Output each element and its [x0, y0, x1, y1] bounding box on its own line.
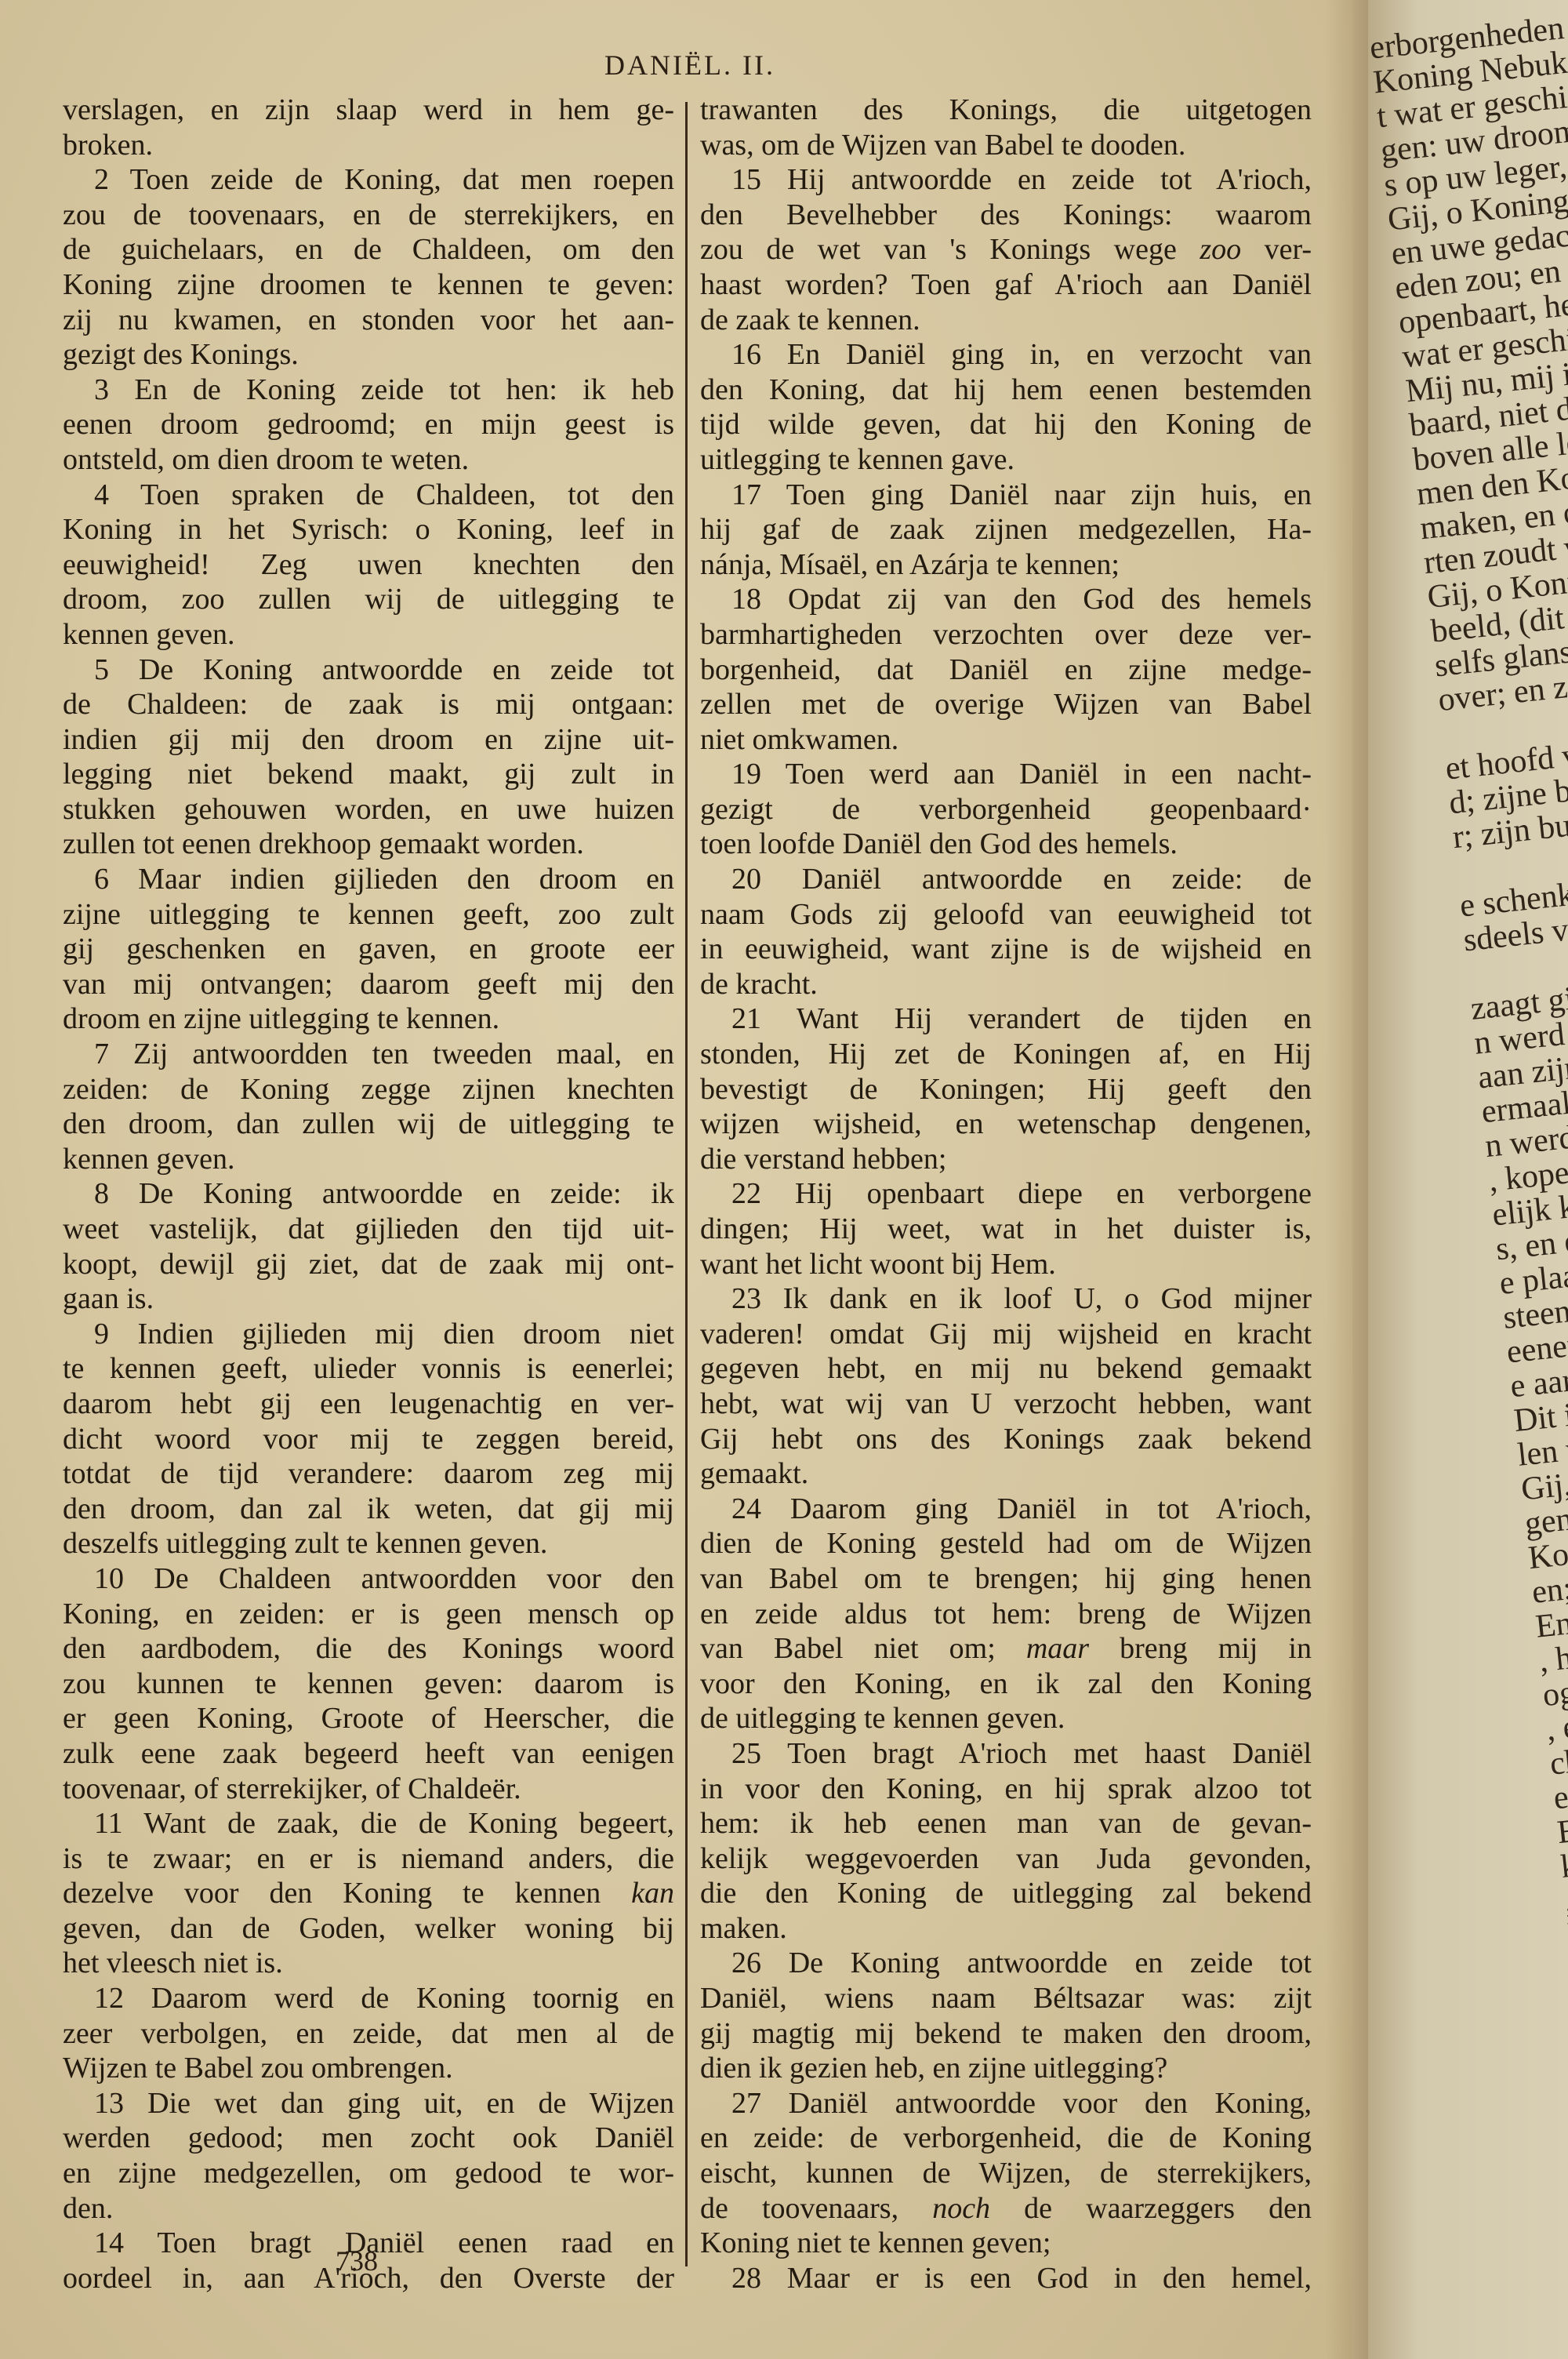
text-line: uitlegging te kennen gave.	[700, 442, 1312, 478]
text-line: de kracht.	[700, 967, 1312, 1002]
text-line: 26 De Koning antwoordde en zeide tot	[700, 1946, 1312, 1981]
text-line: kennen geven.	[63, 617, 674, 652]
text-line: haast worden? Toen gaf A'rioch aan Danië…	[700, 267, 1312, 303]
text-line: trawanten des Konings, die uitgetogen	[700, 93, 1312, 128]
text-line: is te zwaar; en er is niemand anders, di…	[63, 1841, 674, 1877]
text-line: 2 Toen zeide de Koning, dat men roepen	[63, 162, 674, 198]
text-line: gaan is.	[63, 1281, 674, 1317]
text-line: 5 De Koning antwoordde en zeide tot	[63, 652, 674, 688]
text-line: de toovenaars, noch de waarzeggers den	[700, 2191, 1312, 2226]
text-line: de Chaldeen: de zaak is mij ontgaan:	[63, 687, 674, 722]
text-line: indien gij mij den droom en zijne uit-	[63, 722, 674, 758]
text-line: droom en zijne uitlegging te kennen.	[63, 1001, 674, 1037]
text-line: want het licht woont bij Hem.	[700, 1247, 1312, 1282]
text-line: 20 Daniël antwoordde en zeide: de	[700, 862, 1312, 897]
text-line: eenen droom gedroomd; en mijn geest is	[63, 407, 674, 442]
text-line: dien de Koning gesteld had om de Wijzen	[700, 1526, 1312, 1561]
text-line: 24 Daarom ging Daniël in tot A'rioch,	[700, 1492, 1312, 1527]
right-column: trawanten des Konings, die uitgetogenwas…	[700, 93, 1312, 2295]
text-line: tijd wilde geven, dat hij den Koning de	[700, 407, 1312, 442]
text-line: ontsteld, om dien droom te weten.	[63, 442, 674, 478]
text-line: eischt, kunnen de Wijzen, de sterrekijke…	[700, 2156, 1312, 2191]
text-line: gemaakt.	[700, 1456, 1312, 1492]
text-line: gij geschenken en gaven, en groote eer	[63, 932, 674, 967]
text-line: daarom hebt gij een leugenachtig en ver-	[63, 1387, 674, 1422]
text-line: er geen Koning, Groote of Heerscher, die	[63, 1701, 674, 1736]
text-line: zeiden: de Koning zegge zijnen knechten	[63, 1072, 674, 1107]
text-line: den.	[63, 2191, 674, 2226]
text-line: 9 Indien gijlieden mij dien droom niet	[63, 1317, 674, 1352]
text-line: gegeven hebt, en mij nu bekend gemaakt	[700, 1351, 1312, 1387]
right-page-text: erborgenheden openbaKoning Nebukadnézart…	[1368, 0, 1568, 2194]
text-line: in voor den Koning, en hij sprak alzoo t…	[700, 1772, 1312, 1807]
text-line: bevestigt de Koningen; Hij geeft den	[700, 1072, 1312, 1107]
text-line: hem: ik heb eenen man van de gevan-	[700, 1806, 1312, 1841]
text-line: 3 En de Koning zeide tot hen: ik heb	[63, 373, 674, 408]
text-line: zullen tot eenen drekhoop gemaakt worden…	[63, 827, 674, 862]
text-line: te kennen geeft, ulieder vonnis is eener…	[63, 1351, 674, 1387]
text-line: 21 Want Hij verandert de tijden en	[700, 1001, 1312, 1037]
text-line: in eeuwigheid, want zijne is de wijsheid…	[700, 932, 1312, 967]
text-line: den droom, dan zal ik weten, dat gij mij	[63, 1492, 674, 1527]
text-line: 23 Ik dank en ik loof U, o God mijner	[700, 1281, 1312, 1317]
text-line: zulk eene zaak begeerd heeft van eenigen	[63, 1736, 674, 1772]
text-line: maken.	[700, 1911, 1312, 1946]
text-line: zeer verbolgen, en zeide, dat men al de	[63, 2016, 674, 2052]
text-line: 4 Toen spraken de Chaldeen, tot den	[63, 478, 674, 513]
text-line: en zeide aldus tot hem: breng de Wijzen	[700, 1597, 1312, 1632]
text-line: 6 Maar indien gijlieden den droom en	[63, 862, 674, 897]
text-line: 11 Want de zaak, die de Koning begeert,	[63, 1806, 674, 1841]
text-line: dicht woord voor mij te zeggen bereid,	[63, 1422, 674, 1457]
italic-word: maar	[1026, 1632, 1089, 1665]
text-line: Gij hebt ons des Konings zaak bekend	[700, 1422, 1312, 1457]
text-line: en zijne medgezellen, om gedood te wor-	[63, 2156, 674, 2191]
text-line: stukken gehouwen worden, en uwe huizen	[63, 792, 674, 827]
text-line: de guichelaars, en de Chaldeen, om den	[63, 232, 674, 267]
text-line: zou kunnen te kennen geven: daarom is	[63, 1667, 674, 1702]
italic-word: noch	[932, 2192, 990, 2225]
text-line: werden gedood; men zocht ook Daniël	[63, 2121, 674, 2156]
text-line: den Bevelhebber des Konings: waarom	[700, 198, 1312, 233]
text-line: was, om de Wijzen van Babel te dooden.	[700, 128, 1312, 163]
text-line: zij nu kwamen, en stonden voor het aan-	[63, 303, 674, 338]
text-line: Koning niet te kennen geven;	[700, 2226, 1312, 2261]
text-line: 16 En Daniël ging in, en verzocht van	[700, 337, 1312, 373]
text-line: nánja, Mísaël, en Azárja te kennen;	[700, 547, 1312, 583]
text-line: vaderen! omdat Gij mij wijsheid en krach…	[700, 1317, 1312, 1352]
text-line: dien ik gezien heb, en zijne uitlegging?	[700, 2051, 1312, 2086]
text-line: 8 De Koning antwoordde en zeide: ik	[63, 1176, 674, 1212]
text-line: 13 Die wet dan ging uit, en de Wijzen	[63, 2086, 674, 2121]
page-number: 738	[318, 2245, 396, 2277]
text-line: niet omkwamen.	[700, 722, 1312, 758]
text-line: Wijzen te Babel zou ombrengen.	[63, 2051, 674, 2086]
italic-word: zoo	[1200, 233, 1241, 266]
text-line: hij gaf de zaak zijnen medgezellen, Ha-	[700, 512, 1312, 547]
text-line: toovenaar, of sterrekijker, of Chaldeër.	[63, 1772, 674, 1807]
text-line: broken.	[63, 128, 674, 163]
text-line: geven, dan de Goden, welker woning bij	[63, 1911, 674, 1946]
text-line: totdat de tijd verandere: daarom zeg mij	[63, 1456, 674, 1492]
text-line: van Babel niet om; maar breng mij in	[700, 1631, 1312, 1667]
text-line: die verstand hebben;	[700, 1142, 1312, 1177]
text-line: voor den Koning, en ik zal den Koning	[700, 1667, 1312, 1702]
text-line: 12 Daarom werd de Koning toornig en	[63, 1981, 674, 2016]
text-line: deszelfs uitlegging zult te kennen geven…	[63, 1526, 674, 1561]
text-line: zou de toovenaars, en de sterrekijkers, …	[63, 198, 674, 233]
column-divider-rule	[685, 102, 688, 2266]
text-line: zellen met de overige Wijzen van Babel	[700, 687, 1312, 722]
text-line: hebt, wat wij van U verzocht hebben, wan…	[700, 1387, 1312, 1422]
italic-word: kan	[631, 1877, 674, 1910]
text-line: de zaak te kennen.	[700, 303, 1312, 338]
text-line: 18 Opdat zij van den God des hemels	[700, 582, 1312, 617]
text-line: het vleesch niet is.	[63, 1946, 674, 1981]
text-line: weet vastelijk, dat gijlieden den tijd u…	[63, 1212, 674, 1247]
text-line: en zeide: de verborgenheid, die de Konin…	[700, 2121, 1312, 2156]
text-line: van mij ontvangen; daarom geeft mij den	[63, 967, 674, 1002]
text-line: de uitlegging te kennen geven.	[700, 1701, 1312, 1736]
running-head: DANIËL. II.	[580, 49, 800, 82]
text-line: dingen; Hij weet, wat in het duister is,	[700, 1212, 1312, 1247]
text-line: Daniël, wiens naam Béltsazar was: zijt	[700, 1981, 1312, 2016]
text-line: naam Gods zij geloofd van eeuwigheid tot	[700, 897, 1312, 932]
text-line: borgenheid, dat Daniël en zijne medge-	[700, 652, 1312, 688]
text-line: den droom, dan zullen wij de uitlegging …	[63, 1107, 674, 1142]
text-line: 17 Toen ging Daniël naar zijn huis, en	[700, 478, 1312, 513]
text-line: kennen geven.	[63, 1142, 674, 1177]
text-line: dezelve voor den Koning te kennen kan	[63, 1876, 674, 1911]
text-line: die den Koning de uitlegging zal bekend	[700, 1876, 1312, 1911]
text-line: 10 De Chaldeen antwoordden voor den	[63, 1561, 674, 1597]
text-line: zou de wet van 's Konings wege zoo ver-	[700, 232, 1312, 267]
text-line: toen loofde Daniël den God des hemels.	[700, 827, 1312, 862]
text-line: 28 Maar er is een God in den hemel,	[700, 2261, 1312, 2296]
text-line: kelijk weggevoerden van Juda gevonden,	[700, 1841, 1312, 1877]
text-line: droom, zoo zullen wij de uitlegging te	[63, 582, 674, 617]
text-line: zijne uitlegging te kennen geeft, zoo zu…	[63, 897, 674, 932]
text-line: 22 Hij openbaart diepe en verborgene	[700, 1176, 1312, 1212]
text-line: 19 Toen werd aan Daniël in een nacht-	[700, 757, 1312, 792]
text-line: legging niet bekend maakt, gij zult in	[63, 757, 674, 792]
text-line: wijzen wijsheid, en wetenschap dengenen,	[700, 1107, 1312, 1142]
text-line: den aardbodem, die des Konings woord	[63, 1631, 674, 1667]
text-line: 27 Daniël antwoordde voor den Koning,	[700, 2086, 1312, 2121]
text-line: Koning zijne droomen te kennen te geven:	[63, 267, 674, 303]
text-line: eeuwigheid! Zeg uwen knechten den	[63, 547, 674, 583]
text-line: 25 Toen bragt A'rioch met haast Daniël	[700, 1736, 1312, 1772]
text-line: verslagen, en zijn slaap werd in hem ge-	[63, 93, 674, 128]
text-line: barmhartigheden verzochten over deze ver…	[700, 617, 1312, 652]
text-line: den Koning, dat hij hem eenen bestemden	[700, 373, 1312, 408]
text-line: stonden, Hij zet de Koningen af, en Hij	[700, 1037, 1312, 1072]
text-line: van Babel om te brengen; hij ging henen	[700, 1561, 1312, 1597]
text-line: gezigt de verborgenheid geopenbaard·	[700, 792, 1312, 827]
left-column: verslagen, en zijn slaap werd in hem ge-…	[63, 93, 674, 2295]
text-line: gij magtig mij bekend te maken den droom…	[700, 2016, 1312, 2052]
right-page-partial: erborgenheden openbaKoning Nebukadnézart…	[1368, 0, 1568, 2359]
text-line: Koning, en zeiden: er is geen mensch op	[63, 1597, 674, 1632]
text-line: 7 Zij antwoordden ten tweeden maal, en	[63, 1037, 674, 1072]
text-line: gezigt des Konings.	[63, 337, 674, 373]
text-line: Koning in het Syrisch: o Koning, leef in	[63, 512, 674, 547]
text-line: 15 Hij antwoordde en zeide tot A'rioch,	[700, 162, 1312, 198]
text-line: koopt, dewijl gij ziet, dat de zaak mij …	[63, 1247, 674, 1282]
